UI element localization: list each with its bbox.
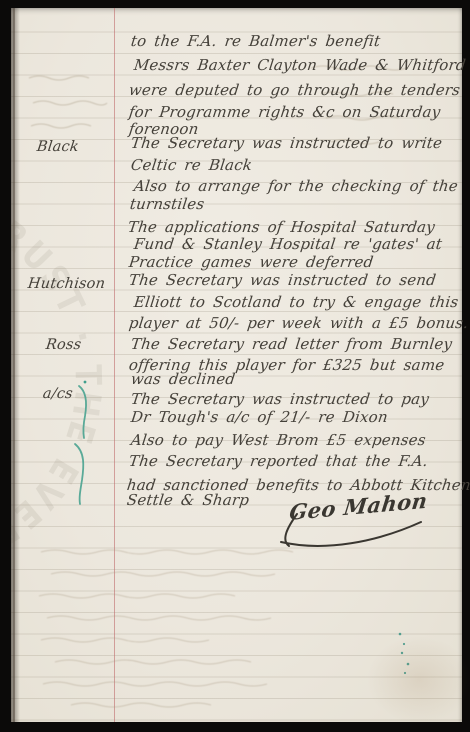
minute-line: Also to pay West Brom £5 expenses bbox=[130, 433, 427, 448]
minute-book-page: THE EVERTON COLLECTION · CHARITABLE TRUS… bbox=[11, 8, 462, 722]
minute-line: The Secretary read letter from Burnley bbox=[130, 337, 453, 352]
minute-line: Dr Tough's a/c of 21/- re Dixon bbox=[130, 410, 389, 425]
margin-note: Black bbox=[36, 140, 80, 155]
minute-line: The Secretary reported that the F.A. bbox=[128, 454, 429, 469]
audit-tick-marks bbox=[61, 378, 105, 510]
margin-note: Ross bbox=[45, 338, 82, 353]
minute-line: player at 50/- per week with a £5 bonus. bbox=[128, 316, 469, 331]
minute-line: to the F.A. re Balmer's benefit bbox=[130, 34, 381, 49]
minute-line: Messrs Baxter Clayton Wade & Whitford bbox=[133, 58, 467, 73]
minute-line: turnstiles bbox=[129, 197, 205, 212]
minute-line: Elliott to Scotland to try & engage this bbox=[133, 295, 459, 310]
minute-line: Fund & Stanley Hospital re 'gates' at bbox=[133, 237, 443, 252]
minute-line: The applications of Hospital Saturday bbox=[127, 220, 436, 235]
minute-line: Celtic re Black bbox=[130, 158, 253, 173]
scanned-page-frame: THE EVERTON COLLECTION · CHARITABLE TRUS… bbox=[0, 0, 470, 732]
minute-line: was declined bbox=[130, 372, 236, 387]
minute-line: The Secretary was instructed to send bbox=[128, 273, 437, 288]
minute-line: Practice games were deferred bbox=[128, 255, 374, 270]
minute-line: Also to arrange for the checking of the bbox=[133, 179, 459, 194]
minute-line: The Secretary was instructed to pay bbox=[130, 392, 430, 407]
minute-line: were deputed to go through the tenders bbox=[128, 83, 461, 98]
minute-line: for Programme rights &c on Saturday bbox=[128, 105, 441, 120]
minute-line: The Secretary was instructed to write bbox=[130, 136, 443, 151]
margin-note: Hutchison bbox=[27, 277, 106, 292]
paper-stain bbox=[367, 636, 470, 724]
minute-line: Settle & Sharp bbox=[126, 493, 250, 508]
signature-flourish bbox=[273, 508, 433, 554]
